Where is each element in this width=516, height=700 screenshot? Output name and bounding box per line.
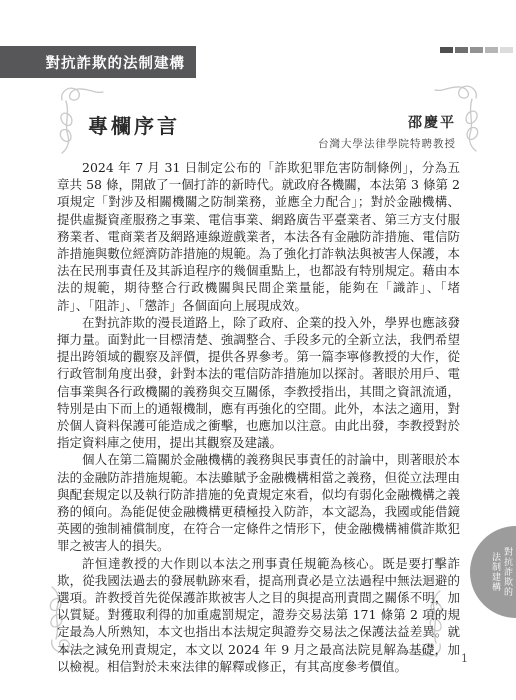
- page-title: 專欄序言: [88, 110, 180, 139]
- chapter-tab-line: 法制建構: [491, 552, 501, 592]
- decoration-square: [470, 47, 483, 53]
- paragraph: 在對抗詐欺的漫長道路上，除了政府、企業的投入外，學界也應該發揮力量。面對此一目標…: [57, 314, 460, 452]
- author-affiliation: 台灣大學法律學院特聘教授: [318, 136, 456, 151]
- section-header-bar: 對抗詐欺的法制建構: [0, 46, 196, 78]
- page-number: 1: [461, 652, 468, 665]
- author-name: 邵慶平: [318, 112, 456, 132]
- gradient-squares-decoration: [440, 47, 513, 53]
- decoration-square: [485, 47, 498, 53]
- article-body: 2024 年 7 月 31 日制定公布的「詐欺犯罪危害防制條例」，分為五章共 5…: [57, 159, 460, 675]
- paragraph: 個人在第二篇關於金融機構的義務與民事責任的討論中，則著眼於本法的金融防詐措施規範…: [57, 451, 460, 554]
- document-page: 對抗詐欺的法制建構 專欄序言 邵慶平 台灣大學法律學院特聘教授 2024 年 7…: [0, 0, 516, 700]
- section-title: 對抗詐欺的法制建構: [46, 52, 186, 73]
- decoration-square: [500, 47, 513, 53]
- chapter-side-tab: 對抗詐欺的 法制建構: [470, 526, 516, 618]
- chapter-tab-label: 對抗詐欺的 法制建構: [490, 547, 514, 597]
- author-block: 邵慶平 台灣大學法律學院特聘教授: [318, 112, 456, 151]
- decoration-square: [440, 47, 453, 53]
- chapter-tab-line: 對抗詐欺的: [503, 547, 513, 597]
- decoration-square: [455, 47, 468, 53]
- paragraph: 許恒達教授的大作則以本法之刑事責任規範為核心。既是要打擊詐欺，從我國法過去的發展…: [57, 555, 460, 675]
- paragraph: 2024 年 7 月 31 日制定公布的「詐欺犯罪危害防制條例」，分為五章共 5…: [57, 159, 460, 314]
